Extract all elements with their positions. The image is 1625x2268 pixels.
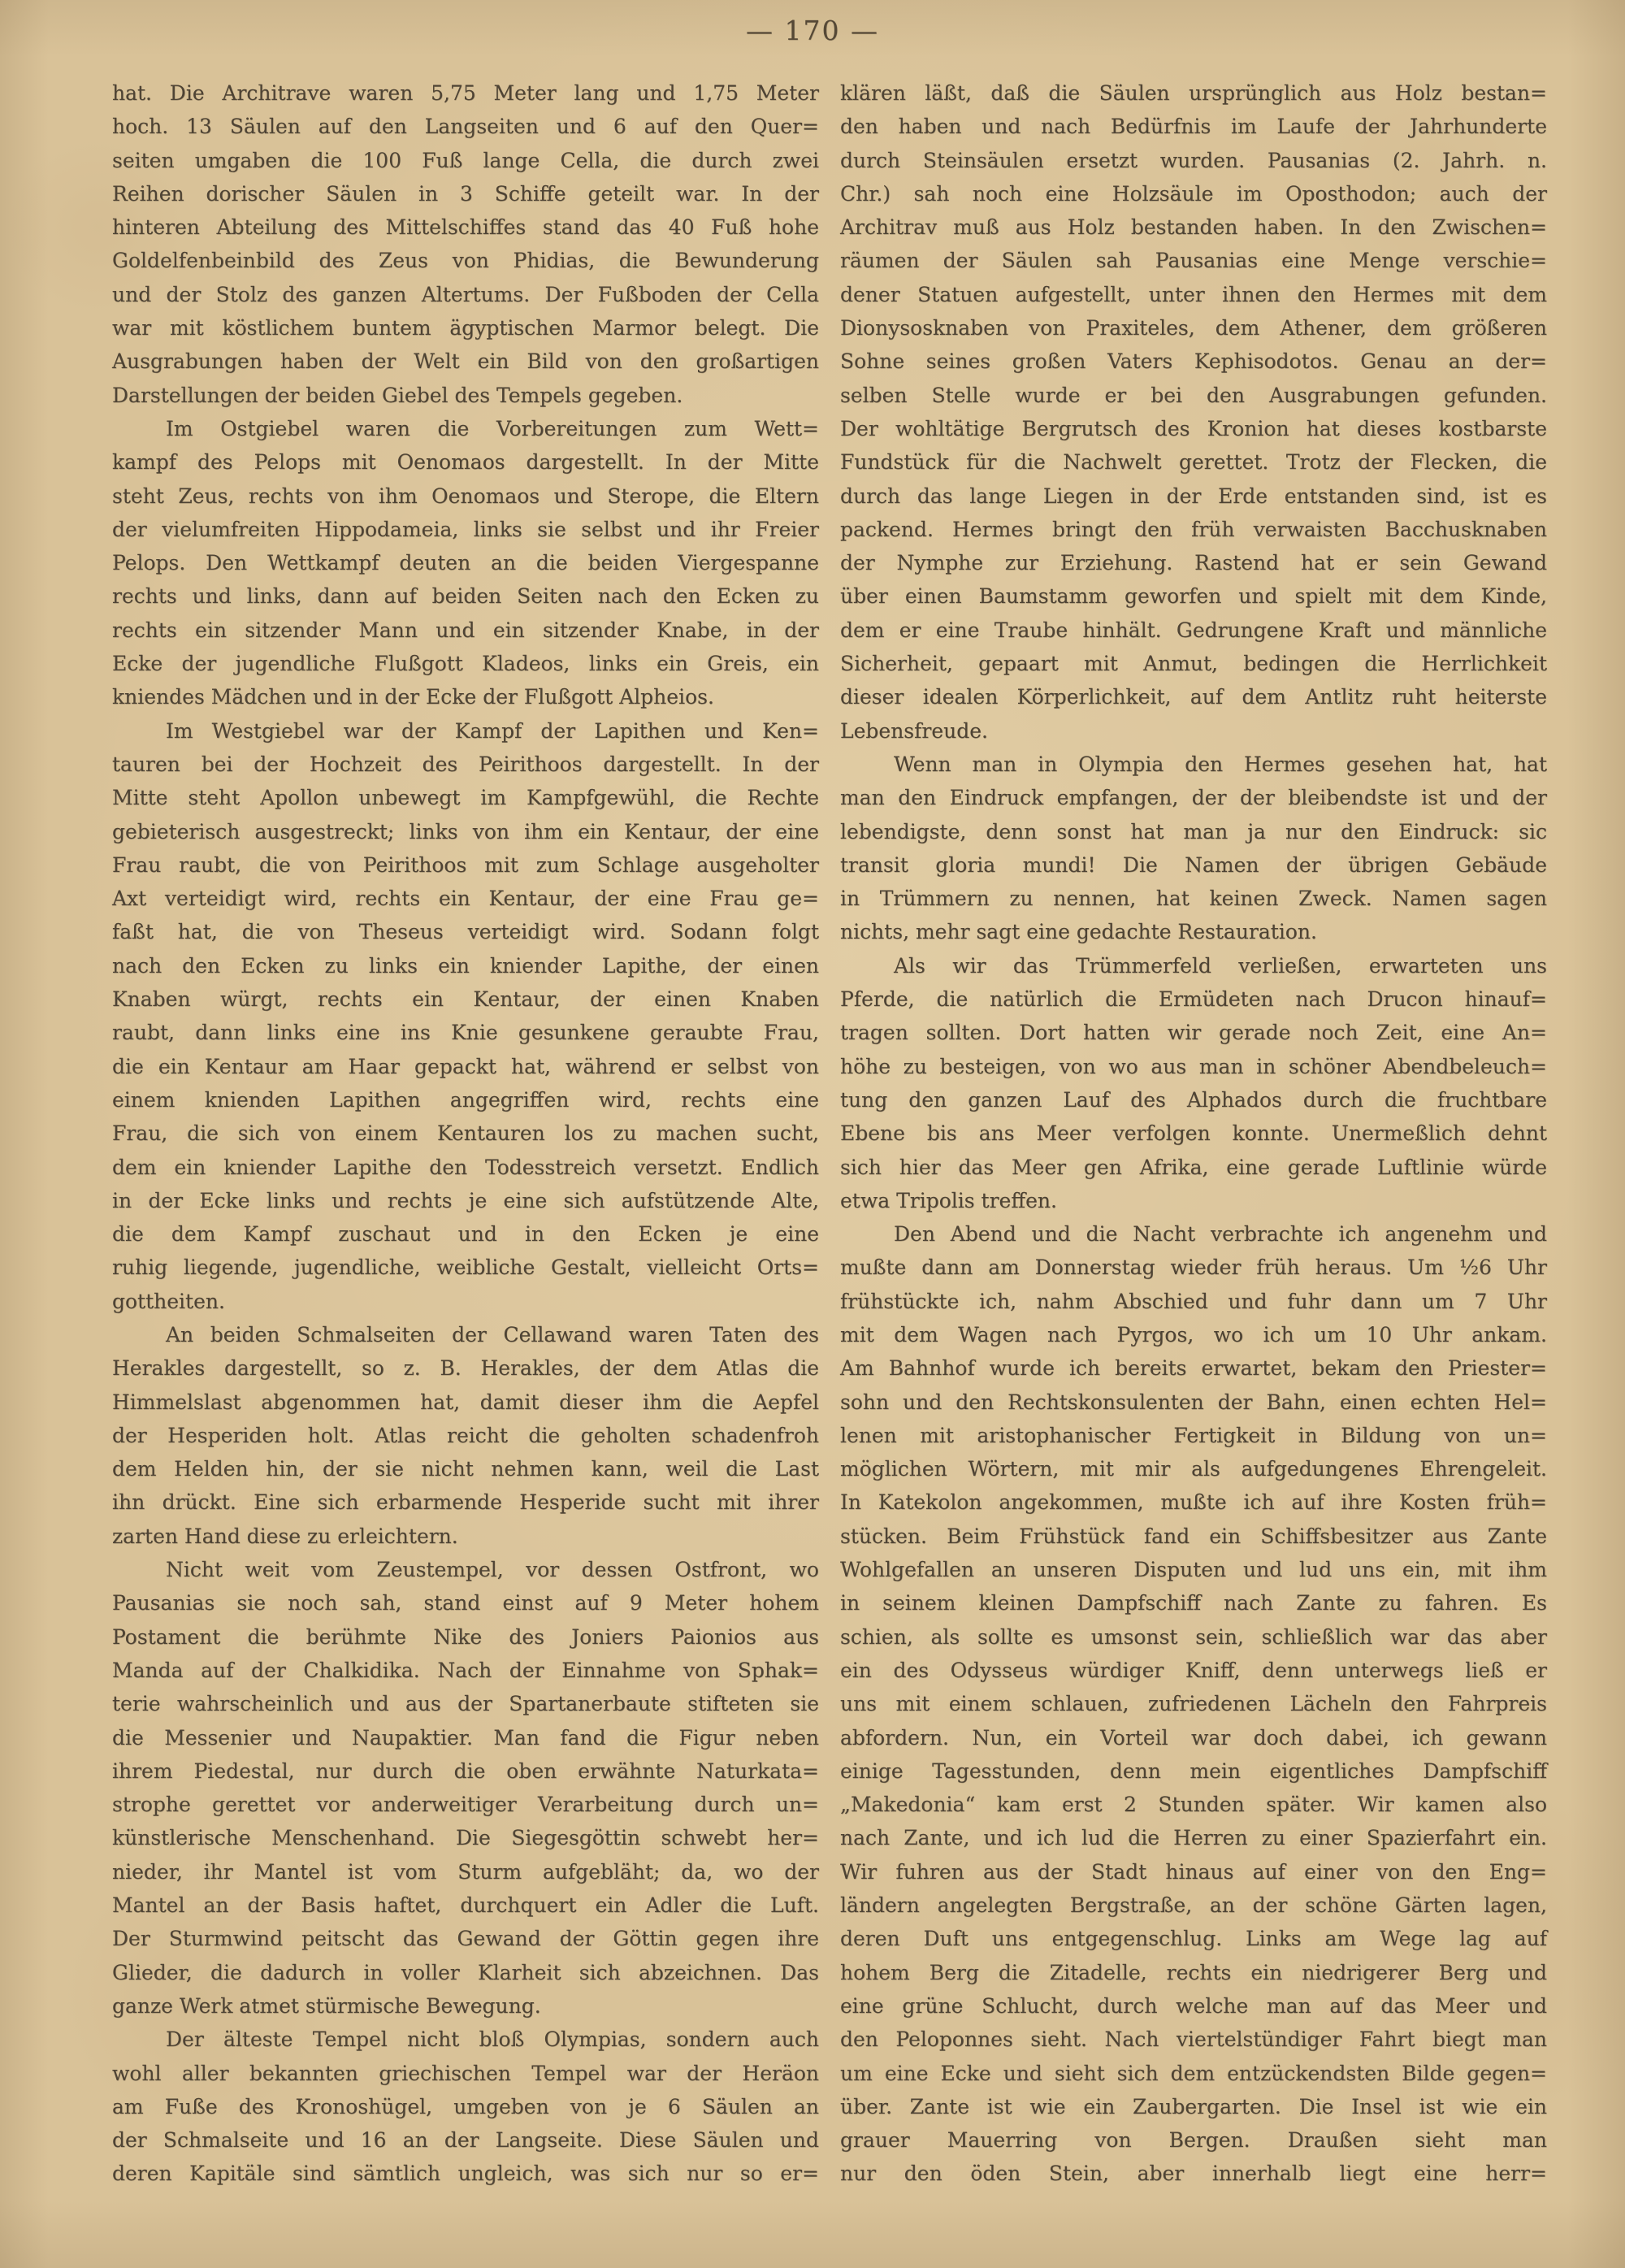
text-line: ruhig liegende, jugendliche, weibliche G… xyxy=(112,1251,819,1284)
text-line: kampf des Pelops mit Oenomaos dargestell… xyxy=(112,445,819,479)
text-line: der Schmalseite und 16 an der Langseite.… xyxy=(112,2123,819,2157)
text-line: Wenn man in Olympia den Hermes gesehen h… xyxy=(840,748,1547,781)
text-line: man den Eindruck empfangen, der der blei… xyxy=(840,781,1547,814)
text-line: dem Helden hin, der sie nicht nehmen kan… xyxy=(112,1452,819,1485)
text-line: Im Ostgiebel waren die Vorbereitungen zu… xyxy=(112,412,819,445)
text-line: ein des Odysseus würdiger Kniff, denn un… xyxy=(840,1654,1547,1687)
text-line: schien, als sollte es umsonst sein, schl… xyxy=(840,1620,1547,1654)
text-line: Ausgrabungen haben der Welt ein Bild von… xyxy=(112,345,819,378)
text-line: Reihen dorischer Säulen in 3 Schiffe get… xyxy=(112,177,819,210)
text-line: künstlerische Menschenhand. Die Siegesgö… xyxy=(112,1821,819,1854)
text-line: Himmelslast abgenommen hat, damit dieser… xyxy=(112,1386,819,1419)
text-line: dem er eine Traube hinhält. Gedrungene K… xyxy=(840,614,1547,647)
text-line: Mantel an der Basis haftet, durchquert e… xyxy=(112,1889,819,1922)
text-line: möglichen Wörtern, mit mir als aufgedung… xyxy=(840,1452,1547,1485)
text-line: über. Zante ist wie ein Zaubergarten. Di… xyxy=(840,2090,1547,2123)
text-line: nichts, mehr sagt eine gedachte Restaura… xyxy=(840,915,1547,948)
text-line: mußte dann am Donnerstag wieder früh her… xyxy=(840,1251,1547,1284)
text-line: strophe gerettet vor anderweitiger Verar… xyxy=(112,1788,819,1821)
text-line: nach den Ecken zu links ein kniender Lap… xyxy=(112,949,819,982)
text-line: Als wir das Trümmerfeld verließen, erwar… xyxy=(840,949,1547,982)
text-line: dieser idealen Körperlichkeit, auf dem A… xyxy=(840,680,1547,713)
text-line: deren Kapitäle sind sämtlich ungleich, w… xyxy=(112,2157,819,2190)
text-line: lebendigste, denn sonst hat man ja nur d… xyxy=(840,815,1547,848)
text-line: Goldelfenbeinbild des Zeus von Phidias, … xyxy=(112,244,819,277)
text-line: Glieder, die dadurch in voller Klarheit … xyxy=(112,1956,819,1989)
text-line: dem ein kniender Lapithe den Todesstreic… xyxy=(112,1151,819,1184)
text-line: den haben und nach Bedürfnis im Laufe de… xyxy=(840,110,1547,143)
text-line: Lebensfreude. xyxy=(840,714,1547,748)
text-line: grauer Mauerring von Bergen. Draußen sie… xyxy=(840,2123,1547,2157)
text-line: Mitte steht Apollon unbewegt im Kampfgew… xyxy=(112,781,819,814)
text-line: Frau, die sich von einem Kentauren los z… xyxy=(112,1117,819,1150)
text-line: Der Sturmwind peitscht das Gewand der Gö… xyxy=(112,1922,819,1955)
text-line: Der wohltätige Bergrutsch des Kronion ha… xyxy=(840,412,1547,445)
text-line: hoch. 13 Säulen auf den Langseiten und 6… xyxy=(112,110,819,143)
text-line: sohn und den Rechtskonsulenten der Bahn,… xyxy=(840,1386,1547,1419)
text-line: der Nymphe zur Erziehung. Rastend hat er… xyxy=(840,546,1547,579)
page-number: — 170 — xyxy=(0,15,1625,46)
text-column-left: hat. Die Architrave waren 5,75 Meter lan… xyxy=(112,76,819,2191)
text-line: hohem Berg die Zitadelle, rechts ein nie… xyxy=(840,1956,1547,1989)
text-line: kniendes Mädchen und in der Ecke der Flu… xyxy=(112,680,819,713)
text-line: Chr.) sah noch eine Holzsäule im Opostho… xyxy=(840,177,1547,210)
text-line: frühstückte ich, nahm Abschied und fuhr … xyxy=(840,1285,1547,1318)
text-line: Ebene bis ans Meer verfolgen konnte. Une… xyxy=(840,1117,1547,1150)
text-line: nieder, ihr Mantel ist vom Sturm aufgebl… xyxy=(112,1855,819,1889)
text-line: der Hesperiden holt. Atlas reicht die ge… xyxy=(112,1419,819,1452)
text-line: Knaben würgt, rechts ein Kentaur, der ei… xyxy=(112,982,819,1016)
text-line: Pferde, die natürlich die Ermüdeten nach… xyxy=(840,982,1547,1016)
page-text-body: hat. Die Architrave waren 5,75 Meter lan… xyxy=(112,76,1547,2191)
text-line: Pausanias sie noch sah, stand einst auf … xyxy=(112,1586,819,1620)
text-line: in der Ecke links und rechts je eine sic… xyxy=(112,1184,819,1217)
text-line: Architrav muß aus Holz bestanden haben. … xyxy=(840,210,1547,244)
text-line: die Messenier und Naupaktier. Man fand d… xyxy=(112,1721,819,1754)
text-line: Herakles dargestellt, so z. B. Herakles,… xyxy=(112,1351,819,1385)
text-line: Nicht weit vom Zeustempel, vor dessen Os… xyxy=(112,1553,819,1586)
text-line: transit gloria mundi! Die Namen der übri… xyxy=(840,848,1547,882)
text-line: ihrem Piedestal, nur durch die oben erwä… xyxy=(112,1754,819,1788)
text-line: packend. Hermes bringt den früh verwaist… xyxy=(840,513,1547,546)
text-line: In Katekolon angekommen, mußte ich auf i… xyxy=(840,1485,1547,1519)
text-line: abfordern. Nun, ein Vorteil war doch dab… xyxy=(840,1721,1547,1754)
text-line: raubt, dann links eine ins Knie gesunken… xyxy=(112,1016,819,1049)
text-line: durch Steinsäulen ersetzt wurden. Pausan… xyxy=(840,144,1547,177)
text-column-right: klären läßt, daß die Säulen ursprünglich… xyxy=(840,76,1547,2191)
text-line: mit dem Wagen nach Pyrgos, wo ich um 10 … xyxy=(840,1318,1547,1351)
text-line: ihn drückt. Eine sich erbarmende Hesperi… xyxy=(112,1485,819,1519)
text-line: Den Abend und die Nacht verbrachte ich a… xyxy=(840,1217,1547,1251)
text-line: tragen sollten. Dort hatten wir gerade n… xyxy=(840,1016,1547,1049)
text-line: einem knienden Lapithen angegriffen wird… xyxy=(112,1083,819,1117)
text-line: wohl aller bekannten griechischen Tempel… xyxy=(112,2057,819,2090)
text-line: Darstellungen der beiden Giebel des Temp… xyxy=(112,379,819,412)
text-line: lenen mit aristophanischer Fertigkeit in… xyxy=(840,1419,1547,1452)
text-line: Fundstück für die Nachwelt gerettet. Tro… xyxy=(840,445,1547,479)
text-line: die ein Kentaur am Haar gepackt hat, wäh… xyxy=(112,1050,819,1083)
text-line: der vielumfreiten Hippodameia, links sie… xyxy=(112,513,819,546)
text-line: tung den ganzen Lauf des Alphados durch … xyxy=(840,1083,1547,1117)
text-line: Wohlgefallen an unseren Disputen und lud… xyxy=(840,1553,1547,1586)
text-line: nach Zante, und ich lud die Herren zu ei… xyxy=(840,1821,1547,1854)
text-line: Im Westgiebel war der Kampf der Lapithen… xyxy=(112,714,819,748)
text-line: An beiden Schmalseiten der Cellawand war… xyxy=(112,1318,819,1351)
text-line: in Trümmern zu nennen, hat keinen Zweck.… xyxy=(840,882,1547,915)
text-line: den Peloponnes sieht. Nach viertelstündi… xyxy=(840,2023,1547,2056)
text-line: die dem Kampf zuschaut und in den Ecken … xyxy=(112,1217,819,1251)
text-line: Axt verteidigt wird, rechts ein Kentaur,… xyxy=(112,882,819,915)
text-line: Der älteste Tempel nicht bloß Olympias, … xyxy=(112,2023,819,2056)
text-line: dener Statuen aufgestellt, unter ihnen d… xyxy=(840,278,1547,311)
text-line: faßt hat, die von Theseus verteidigt wir… xyxy=(112,915,819,948)
text-line: Postament die berühmte Nike des Joniers … xyxy=(112,1620,819,1654)
text-line: in seinem kleinen Dampfschiff nach Zante… xyxy=(840,1586,1547,1620)
text-line: Pelops. Den Wettkampf deuten an die beid… xyxy=(112,546,819,579)
text-line: ganze Werk atmet stürmische Bewegung. xyxy=(112,1989,819,2023)
text-line: deren Duft uns entgegenschlug. Links am … xyxy=(840,1922,1547,1955)
text-line: Ecke der jugendliche Flußgott Kladeos, l… xyxy=(112,647,819,680)
text-line: sich hier das Meer gen Afrika, eine gera… xyxy=(840,1151,1547,1184)
text-line: etwa Tripolis treffen. xyxy=(840,1184,1547,1217)
text-line: war mit köstlichem buntem ägyptischen Ma… xyxy=(112,311,819,345)
text-line: über einen Baumstamm geworfen und spielt… xyxy=(840,579,1547,613)
text-line: gebieterisch ausgestreckt; links von ihm… xyxy=(112,815,819,848)
text-line: um eine Ecke und sieht sich dem entzücke… xyxy=(840,2057,1547,2090)
text-line: zarten Hand diese zu erleichtern. xyxy=(112,1520,819,1553)
text-line: Manda auf der Chalkidika. Nach der Einna… xyxy=(112,1654,819,1687)
text-line: selben Stelle wurde er bei den Ausgrabun… xyxy=(840,379,1547,412)
text-line: ländern angelegten Bergstraße, an der sc… xyxy=(840,1889,1547,1922)
text-line: Sohne seines großen Vaters Kephisodotos.… xyxy=(840,345,1547,378)
text-line: und der Stolz des ganzen Altertums. Der … xyxy=(112,278,819,311)
text-line: Wir fuhren aus der Stadt hinaus auf eine… xyxy=(840,1855,1547,1889)
text-line: räumen der Säulen sah Pausanias eine Men… xyxy=(840,244,1547,277)
text-line: terie wahrscheinlich und aus der Spartan… xyxy=(112,1687,819,1720)
text-line: stücken. Beim Frühstück fand ein Schiffs… xyxy=(840,1520,1547,1553)
text-line: rechts und links, dann auf beiden Seiten… xyxy=(112,579,819,613)
text-line: durch das lange Liegen in der Erde entst… xyxy=(840,479,1547,513)
text-line: höhe zu besteigen, von wo aus man in sch… xyxy=(840,1050,1547,1083)
text-line: klären läßt, daß die Säulen ursprünglich… xyxy=(840,76,1547,110)
text-line: am Fuße des Kronoshügel, umgeben von je … xyxy=(112,2090,819,2123)
text-line: rechts ein sitzender Mann und ein sitzen… xyxy=(112,614,819,647)
text-line: Dionysosknaben von Praxiteles, dem Athen… xyxy=(840,311,1547,345)
text-line: Sicherheit, gepaart mit Anmut, bedingen … xyxy=(840,647,1547,680)
text-line: tauren bei der Hochzeit des Peirithoos d… xyxy=(112,748,819,781)
scanned-book-page: { "page": { "header_display": "— 170 —",… xyxy=(0,0,1625,2268)
text-line: hat. Die Architrave waren 5,75 Meter lan… xyxy=(112,76,819,110)
text-line: hinteren Abteilung des Mittelschiffes st… xyxy=(112,210,819,244)
text-line: eine grüne Schlucht, durch welche man au… xyxy=(840,1989,1547,2023)
text-line: Frau raubt, die von Peirithoos mit zum S… xyxy=(112,848,819,882)
text-line: nur den öden Stein, aber innerhalb liegt… xyxy=(840,2157,1547,2190)
text-line: einige Tagesstunden, denn mein eigentlic… xyxy=(840,1754,1547,1788)
text-line: „Makedonia“ kam erst 2 Stunden später. W… xyxy=(840,1788,1547,1821)
text-line: uns mit einem schlauen, zufriedenen Läch… xyxy=(840,1687,1547,1720)
text-line: gottheiten. xyxy=(112,1285,819,1318)
text-line: seiten umgaben die 100 Fuß lange Cella, … xyxy=(112,144,819,177)
text-line: steht Zeus, rechts von ihm Oenomaos und … xyxy=(112,479,819,513)
text-line: Am Bahnhof wurde ich bereits erwartet, b… xyxy=(840,1351,1547,1385)
